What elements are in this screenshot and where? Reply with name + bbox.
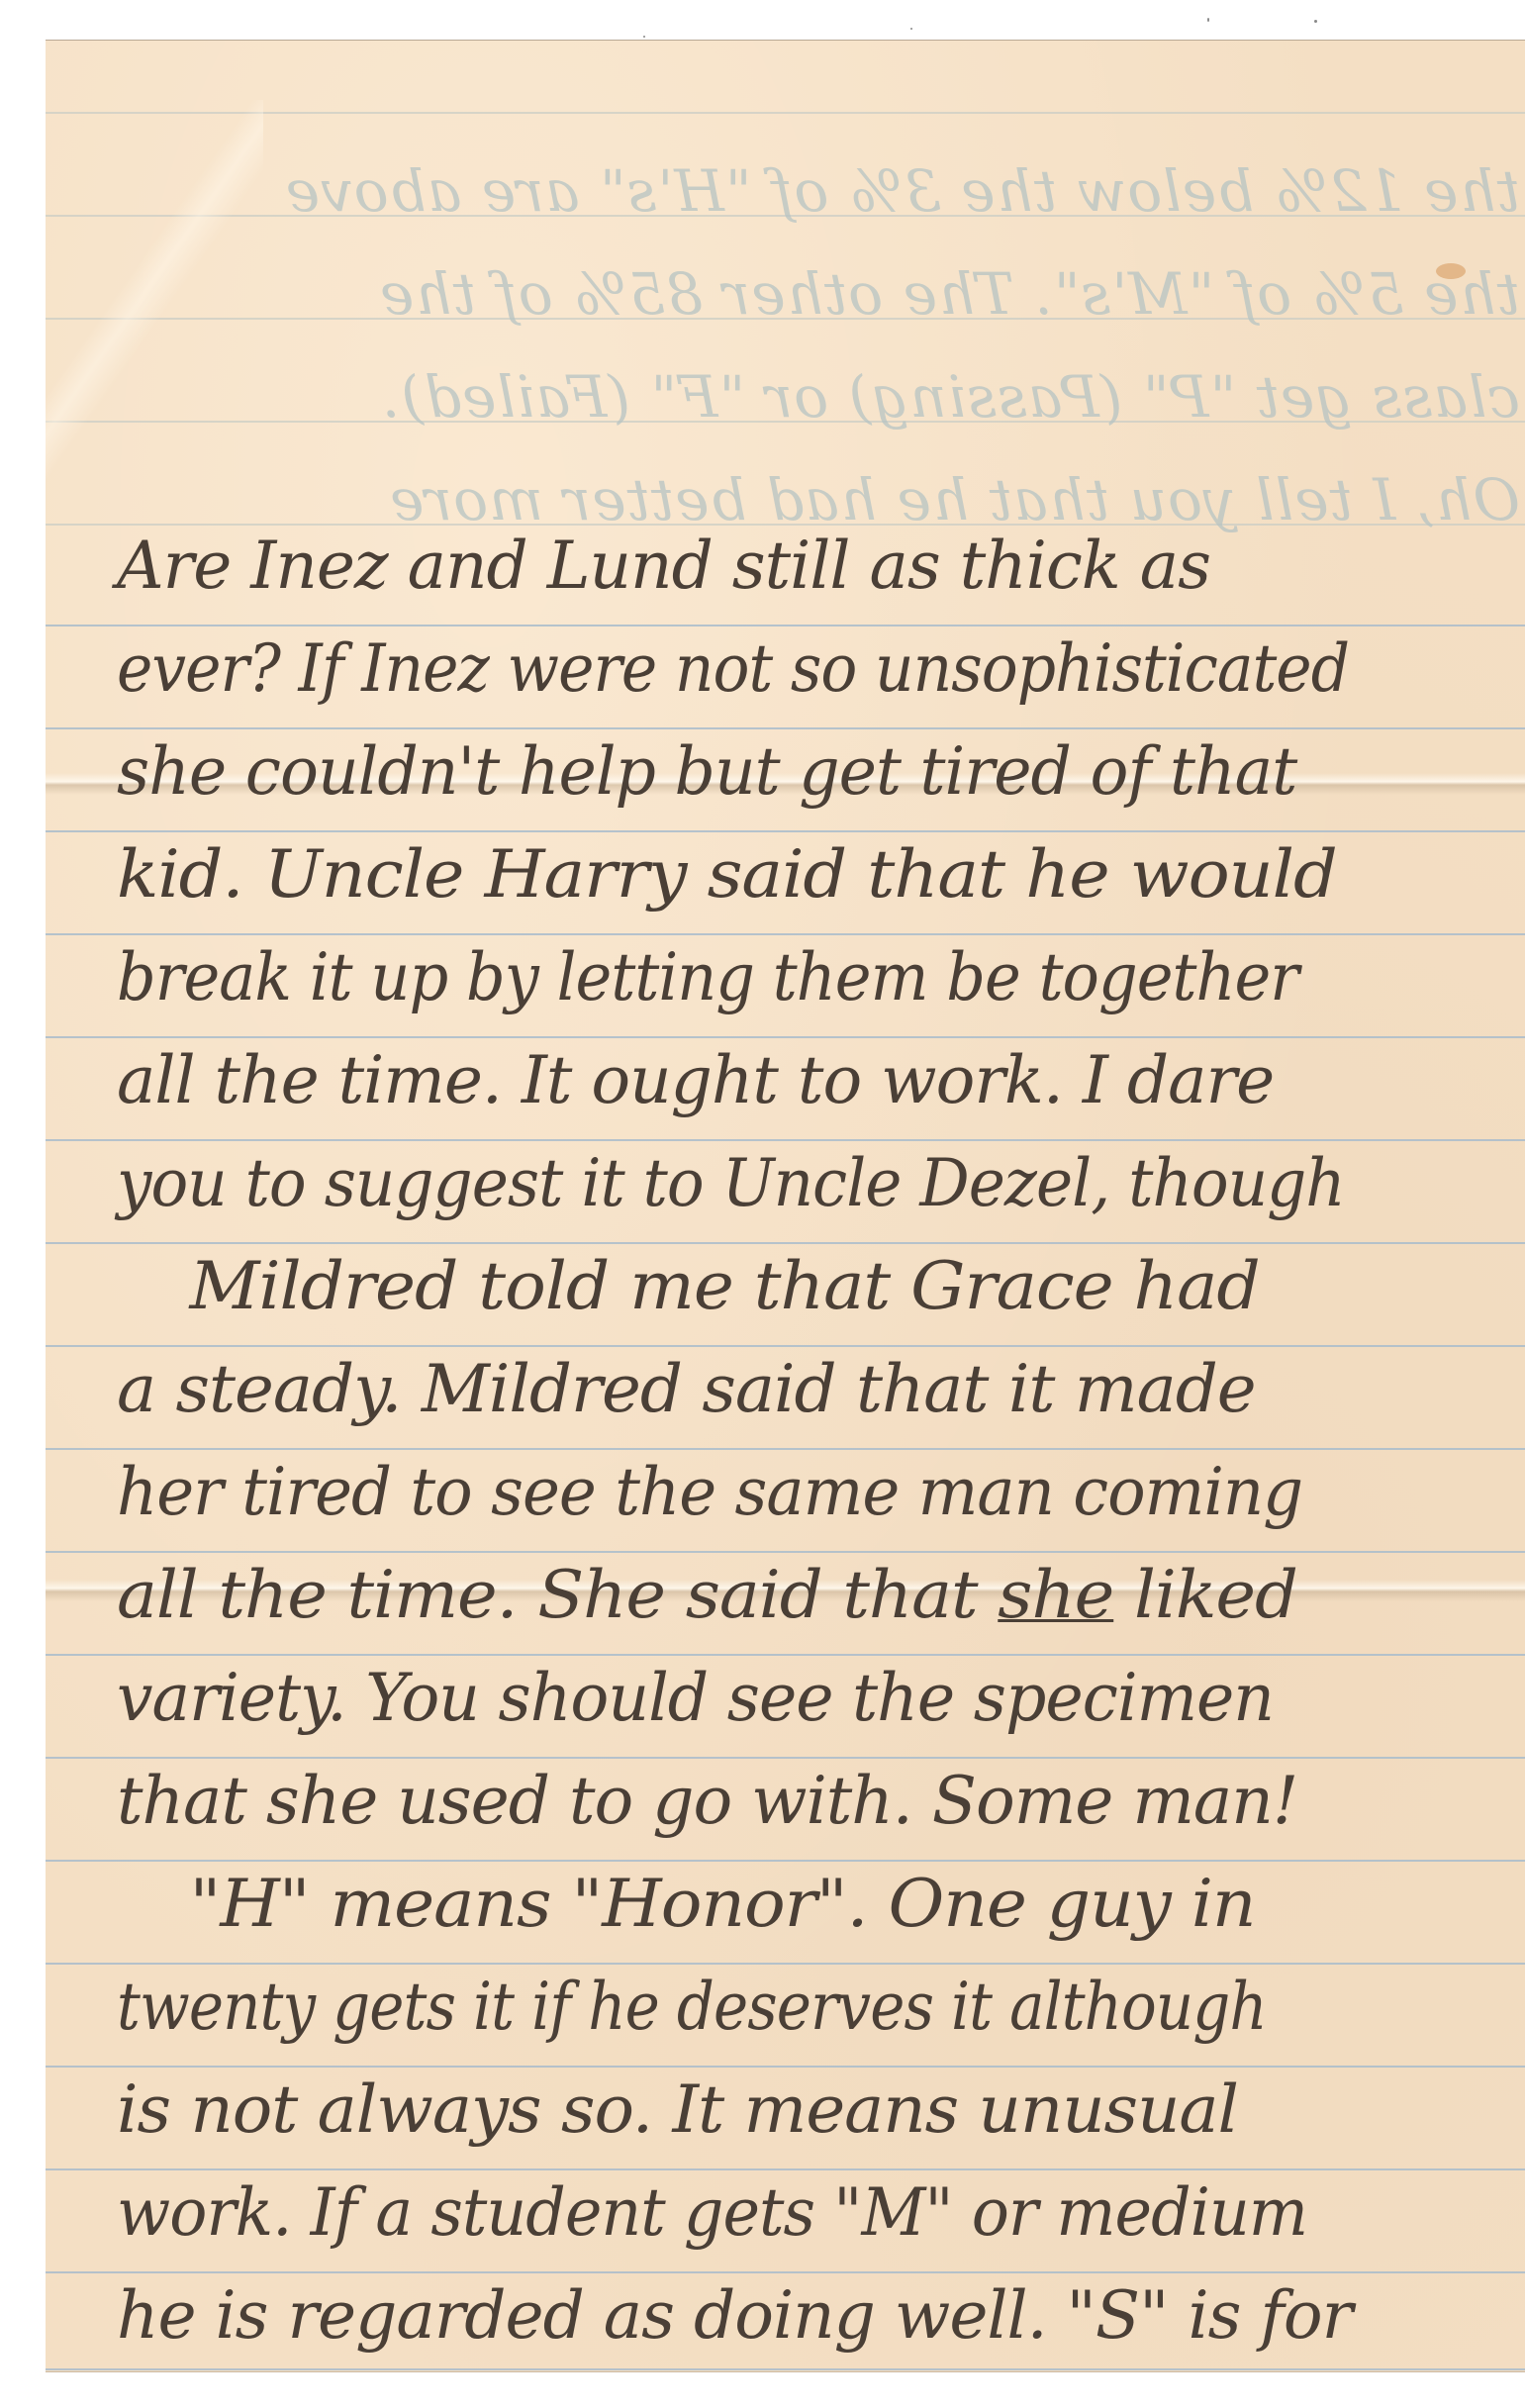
text-line: you to suggest it to Uncle Dezel, though bbox=[117, 1132, 1443, 1235]
text-line: is not always so. It means unusual bbox=[117, 2059, 1525, 2162]
text-line: twenty gets it if he deserves it althoug… bbox=[117, 1956, 1373, 2059]
text-line: her tired to see the same man coming bbox=[117, 1441, 1471, 1544]
rule-line bbox=[46, 2368, 1525, 2370]
bleed-line: class get "P" (Passing) or "F" (Failed). bbox=[154, 345, 1520, 448]
text-segment: all the time. She said that bbox=[117, 1557, 998, 1633]
dust-speck bbox=[910, 28, 912, 30]
underlined-word: she bbox=[998, 1557, 1113, 1633]
text-line: break it up by letting them be together bbox=[117, 926, 1428, 1029]
rule-line bbox=[46, 112, 1525, 114]
text-line: that she used to go with. Some man! bbox=[117, 1750, 1512, 1853]
text-line: she couldn't help but get tired of that bbox=[117, 721, 1484, 823]
text-line: variety. You should see the specimen bbox=[117, 1647, 1484, 1750]
handwritten-text: Are Inez and Lund still as thick as ever… bbox=[117, 515, 1512, 2367]
text-line: he is regarded as doing well. "S" is for bbox=[117, 2264, 1512, 2367]
dust-speck bbox=[1314, 20, 1317, 23]
bleed-line: the 12% below the 3% of "H's" are above bbox=[154, 140, 1520, 242]
bleed-line: the 5% of "M's". The other 85% of the bbox=[154, 242, 1520, 345]
text-line: Mildred told me that Grace had bbox=[117, 1235, 1525, 1338]
text-line: all the time. She said that she liked bbox=[117, 1544, 1525, 1647]
text-line: "H" means "Honor". One guy in bbox=[117, 1853, 1525, 1956]
bleed-through-text: the 12% below the 3% of "H's" are above … bbox=[154, 140, 1520, 551]
text-segment: liked bbox=[1113, 1557, 1297, 1633]
text-line: all the time. It ought to work. I dare bbox=[117, 1029, 1512, 1132]
dust-speck bbox=[643, 36, 645, 38]
text-line: ever? If Inez were not so unsophisticate… bbox=[117, 618, 1414, 721]
scan-border-specks bbox=[0, 0, 1525, 40]
text-line: Are Inez and Lund still as thick as bbox=[117, 515, 1512, 618]
text-line: a steady. Mildred said that it made bbox=[117, 1338, 1525, 1441]
text-line: kid. Uncle Harry said that he would bbox=[117, 823, 1525, 926]
text-line: work. If a student gets "M" or medium bbox=[117, 2162, 1457, 2264]
dust-speck bbox=[1207, 18, 1209, 22]
